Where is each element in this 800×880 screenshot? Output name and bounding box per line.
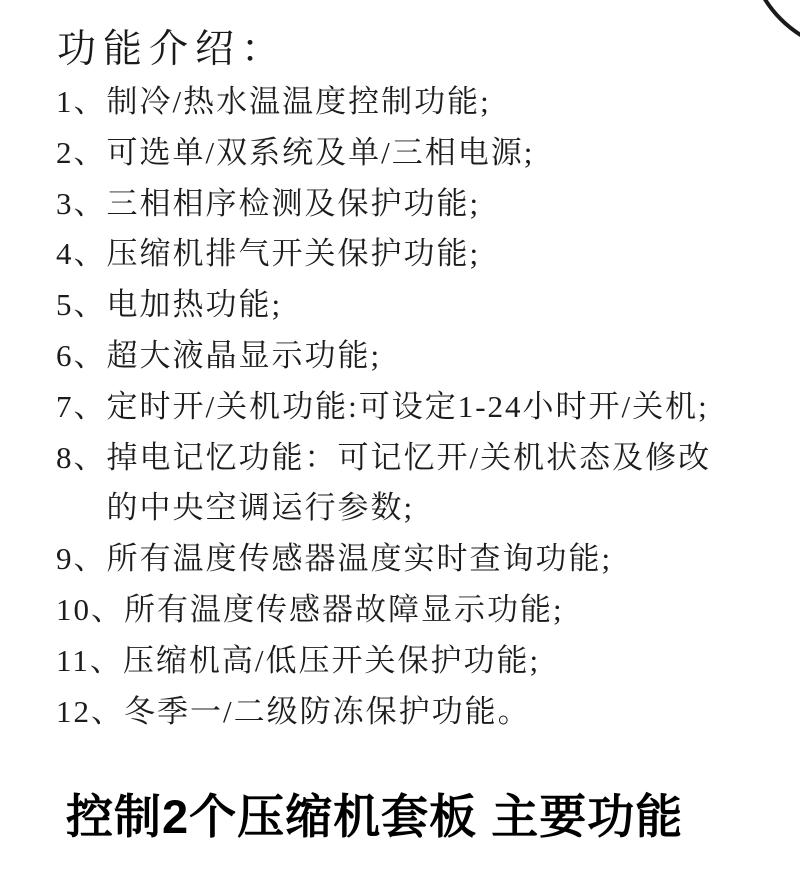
item-number: 6、	[56, 331, 107, 382]
item-text: 冬季一/二级防冻保护功能。	[124, 687, 786, 738]
item-number: 9、	[56, 534, 107, 585]
item-number: 4、	[56, 229, 107, 280]
item-number: 2、	[56, 128, 107, 179]
item-text: 可选单/双系统及单/三相电源;	[107, 128, 787, 179]
item-text-line2: 的中央空调运行参数;	[107, 483, 787, 534]
item-number: 11、	[56, 636, 123, 687]
list-item: 7、 定时开/关机功能:可设定1-24小时开/关机;	[56, 382, 786, 433]
corner-circle-arc	[746, 0, 800, 54]
list-item: 8、 掉电记忆功能：可记忆开/关机状态及修改 的中央空调运行参数;	[56, 433, 786, 535]
item-text: 超大液晶显示功能;	[107, 331, 787, 382]
item-number: 5、	[56, 280, 107, 331]
item-text: 压缩机排气开关保护功能;	[107, 229, 787, 280]
item-text: 电加热功能;	[107, 280, 787, 331]
list-item: 1、 制冷/热水温温度控制功能;	[56, 77, 786, 128]
item-text: 制冷/热水温温度控制功能;	[107, 77, 787, 128]
item-number: 7、	[56, 382, 107, 433]
item-text: 三相相序检测及保护功能;	[107, 179, 787, 230]
item-number: 10、	[56, 585, 124, 636]
page-title: 功能介绍：	[57, 18, 287, 74]
item-number: 8、	[56, 433, 107, 484]
item-number: 3、	[56, 179, 107, 230]
item-text: 掉电记忆功能：可记忆开/关机状态及修改 的中央空调运行参数;	[107, 433, 787, 535]
list-item: 9、 所有温度传感器温度实时查询功能;	[56, 534, 786, 585]
item-text: 定时开/关机功能:可设定1-24小时开/关机;	[107, 382, 787, 433]
list-item: 4、 压缩机排气开关保护功能;	[56, 229, 786, 280]
list-item: 3、 三相相序检测及保护功能;	[56, 179, 786, 230]
list-item: 6、 超大液晶显示功能;	[56, 331, 786, 382]
item-text: 所有温度传感器温度实时查询功能;	[107, 534, 787, 585]
page-root: 功能介绍： 1、 制冷/热水温温度控制功能; 2、 可选单/双系统及单/三相电源…	[0, 0, 800, 880]
item-text: 所有温度传感器故障显示功能;	[124, 585, 786, 636]
list-item: 10、 所有温度传感器故障显示功能;	[56, 585, 786, 636]
list-item: 11、 压缩机高/低压开关保护功能;	[56, 636, 786, 687]
item-number: 1、	[56, 77, 107, 128]
list-item: 2、 可选单/双系统及单/三相电源;	[56, 128, 786, 179]
list-item: 12、 冬季一/二级防冻保护功能。	[56, 687, 786, 738]
feature-list: 1、 制冷/热水温温度控制功能; 2、 可选单/双系统及单/三相电源; 3、 三…	[56, 77, 786, 737]
item-text: 压缩机高/低压开关保护功能;	[123, 636, 786, 687]
item-number: 12、	[56, 687, 124, 738]
list-item: 5、 电加热功能;	[56, 280, 786, 331]
bottom-caption: 控制2个压缩机套板 主要功能	[66, 780, 683, 847]
